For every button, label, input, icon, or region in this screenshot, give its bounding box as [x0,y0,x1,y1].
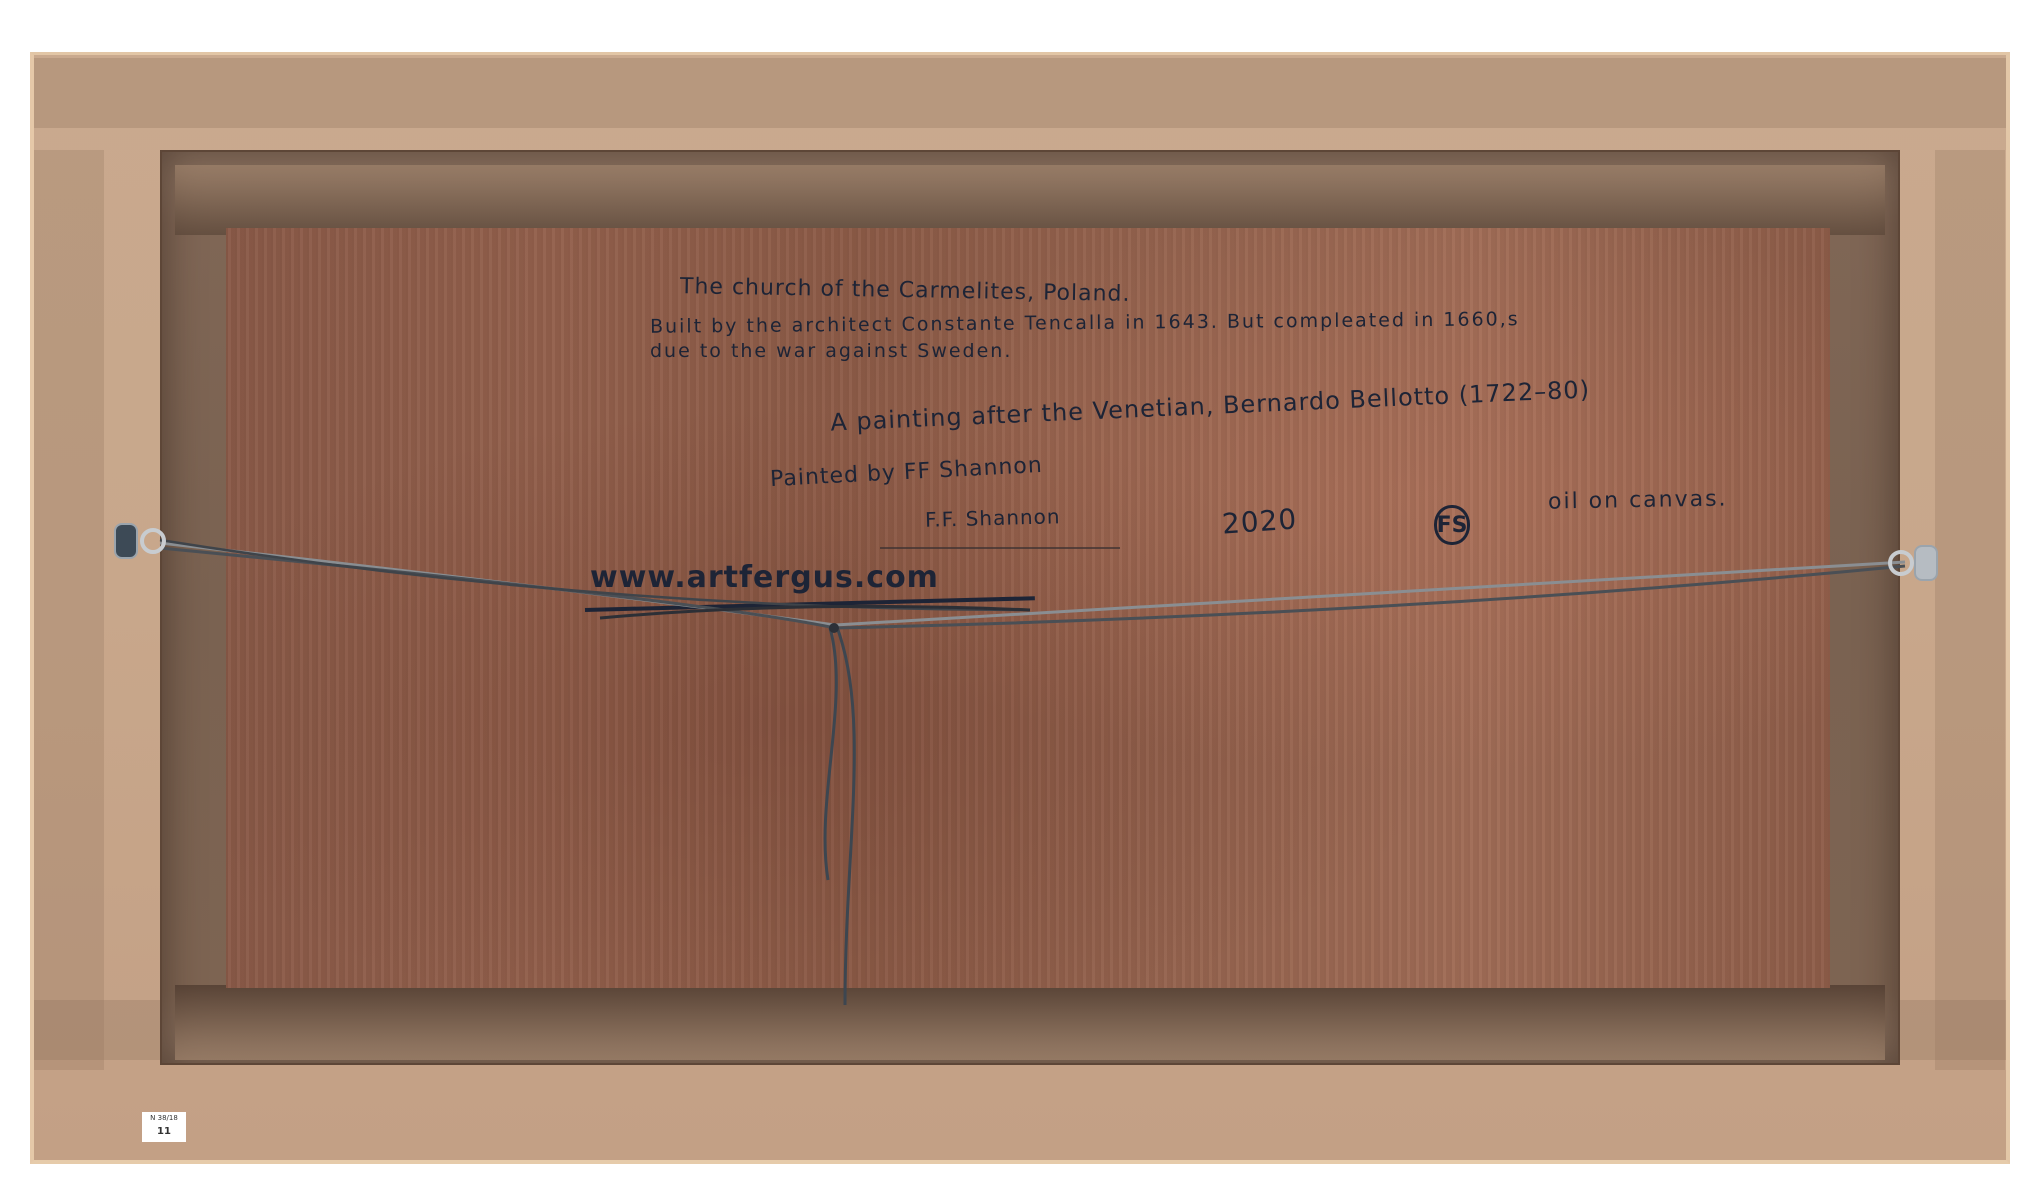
inventory-label: N 38/18 11 [142,1112,186,1142]
painting-back-photo: The church of the Carmelites, Poland. Bu… [0,0,2038,1200]
inscription-history-2: due to the war against Sweden. [650,340,1012,362]
lot-number: 11 [142,1126,186,1137]
tape-strip-right [1935,150,2005,1070]
tape-strip-left [34,150,104,1070]
inscription-medium: oil on canvas. [1548,486,1728,514]
inventory-ref: N 38/18 [150,1114,178,1122]
artist-monogram-icon: FS [1434,505,1470,545]
monogram-text: FS [1437,513,1468,538]
stain-top [175,165,1885,235]
inscription-website: www.artfergus.com [590,560,939,595]
artist-signature: F.F. Shannon [925,504,1061,532]
stain-bottom [175,985,1885,1060]
inscription-year: 2020 [1221,502,1298,540]
signature-line [880,547,1120,549]
tape-strip-top [34,58,2006,128]
left-d-ring-hanger-icon [114,523,170,559]
right-d-ring-hanger-icon [1888,545,1944,581]
wood-panel [226,228,1830,988]
